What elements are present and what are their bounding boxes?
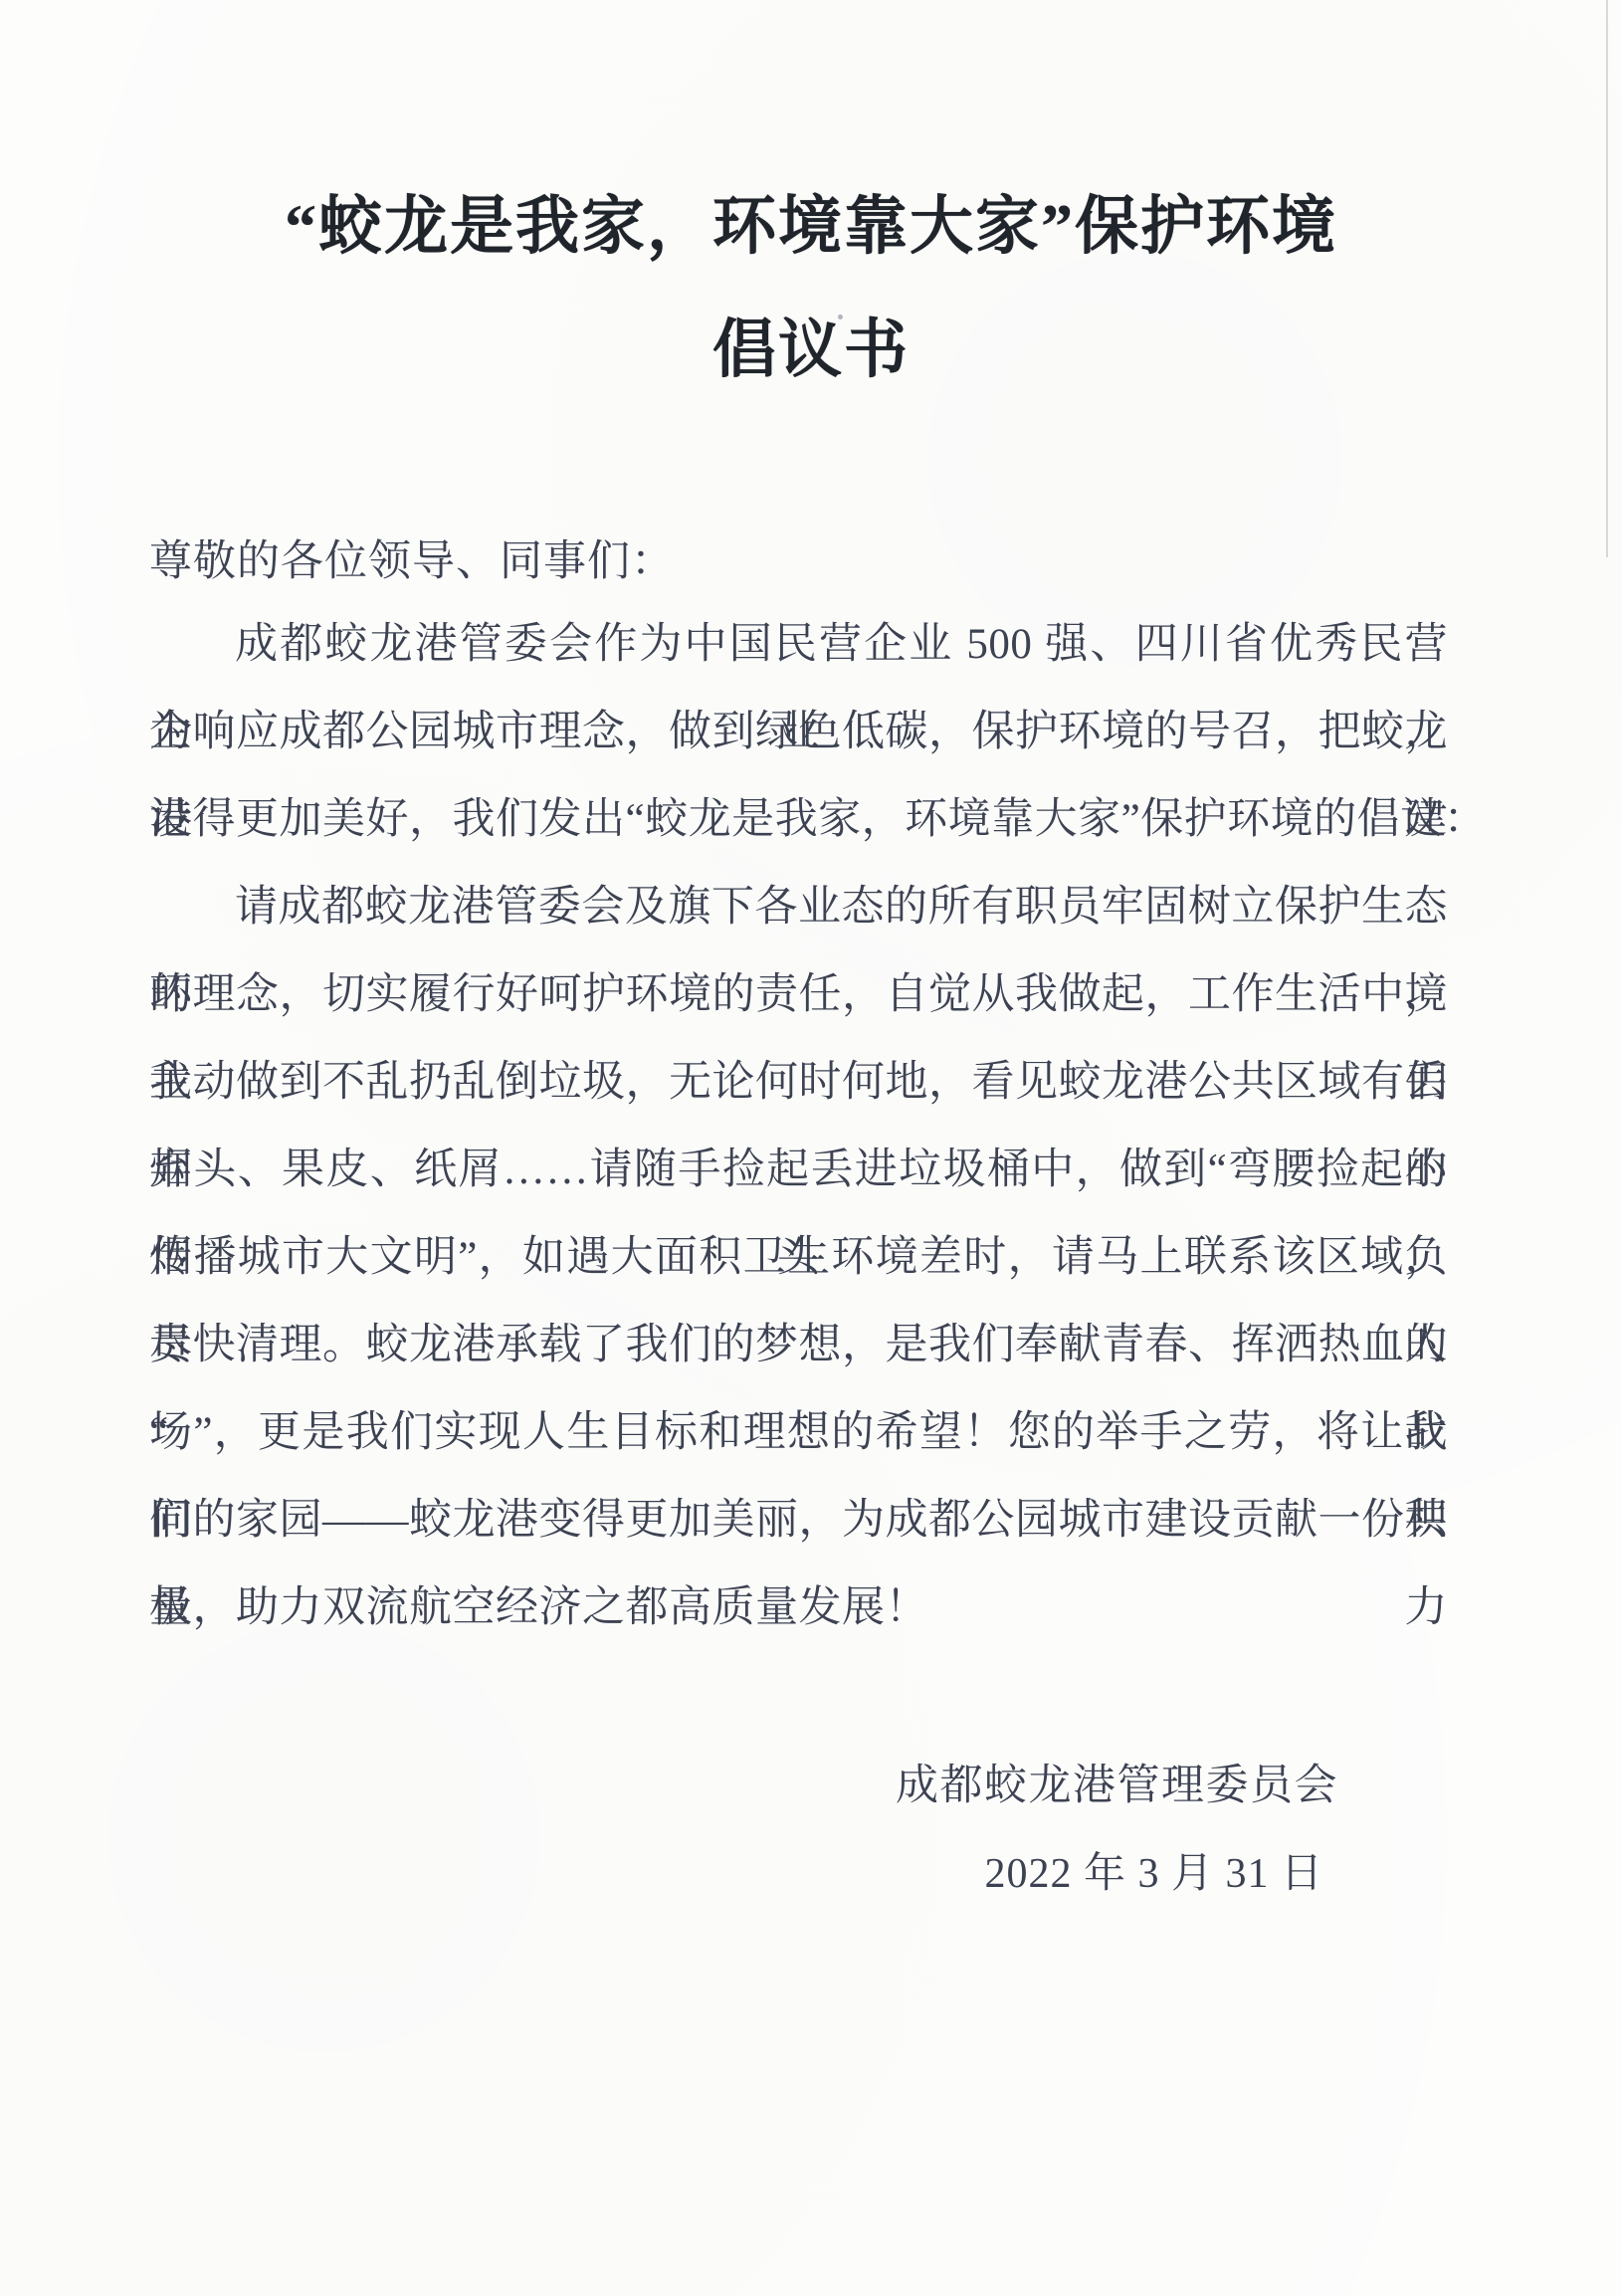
document-body: 成都蛟龙港管委会作为中国民营企业 500 强、四川省优秀民营企业， 为响应成都公… (149, 601, 1448, 1652)
paragraph-line: 设得更加美好，我们发出“蛟龙是我家，环境靠大家”保护环境的倡议： (149, 776, 1448, 864)
paragraph-line: 请成都蛟龙港管委会及旗下各业态的所有职员牢固树立保护生态环境 (149, 864, 1448, 951)
paragraph-line: 尽快清理。蛟龙港承载了我们的梦想，是我们奉献青春、挥洒热血的“战 (149, 1302, 1448, 1389)
paragraph-line: 同的家园——蛟龙港变得更加美丽，为成都公园城市建设贡献一份积极力 (149, 1477, 1448, 1565)
scanned-document-page: “蛟龙是我家，环境靠大家”保护环境 倡议书 尊敬的各位领导、同事们： 成都蛟龙港… (0, 0, 1622, 2296)
paragraph-line: 成都蛟龙港管委会作为中国民营企业 500 强、四川省优秀民营企业， (149, 601, 1448, 689)
title-line-1: “蛟龙是我家，环境靠大家”保护环境 (0, 165, 1622, 289)
signature-date: 2022 年 3 月 31 日 (984, 1845, 1323, 1903)
paragraph-line: 主动做到不乱扔乱倒垃圾，无论何时何地，看见蛟龙港公共区域有丢弃的 (149, 1039, 1448, 1127)
paragraph-line: 为响应成都公园城市理念，做到绿色低碳，保护环境的号召，把蛟龙港建 (149, 689, 1448, 776)
document-title: “蛟龙是我家，环境靠大家”保护环境 倡议书 (0, 165, 1622, 412)
paragraph-line: 场”，更是我们实现人生目标和理想的希望！您的举手之劳，将让我们共 (149, 1389, 1448, 1477)
paragraph-line: 的理念，切实履行好呵护环境的责任，自觉从我做起，工作生活中，我们 (149, 951, 1448, 1039)
paragraph-line: 烟头、果皮、纸屑……请随手捡起丢进垃圾桶中，做到“弯腰捡起小烟头， (149, 1127, 1448, 1214)
title-line-2: 倡议书 (0, 289, 1622, 412)
salutation: 尊敬的各位领导、同事们： (149, 533, 675, 591)
paragraph-line: 传播城市大文明”，如遇大面积卫生环境差时，请马上联系该区域负责人 (149, 1214, 1448, 1302)
signature-organization: 成都蛟龙港管理委员会 (896, 1758, 1338, 1815)
